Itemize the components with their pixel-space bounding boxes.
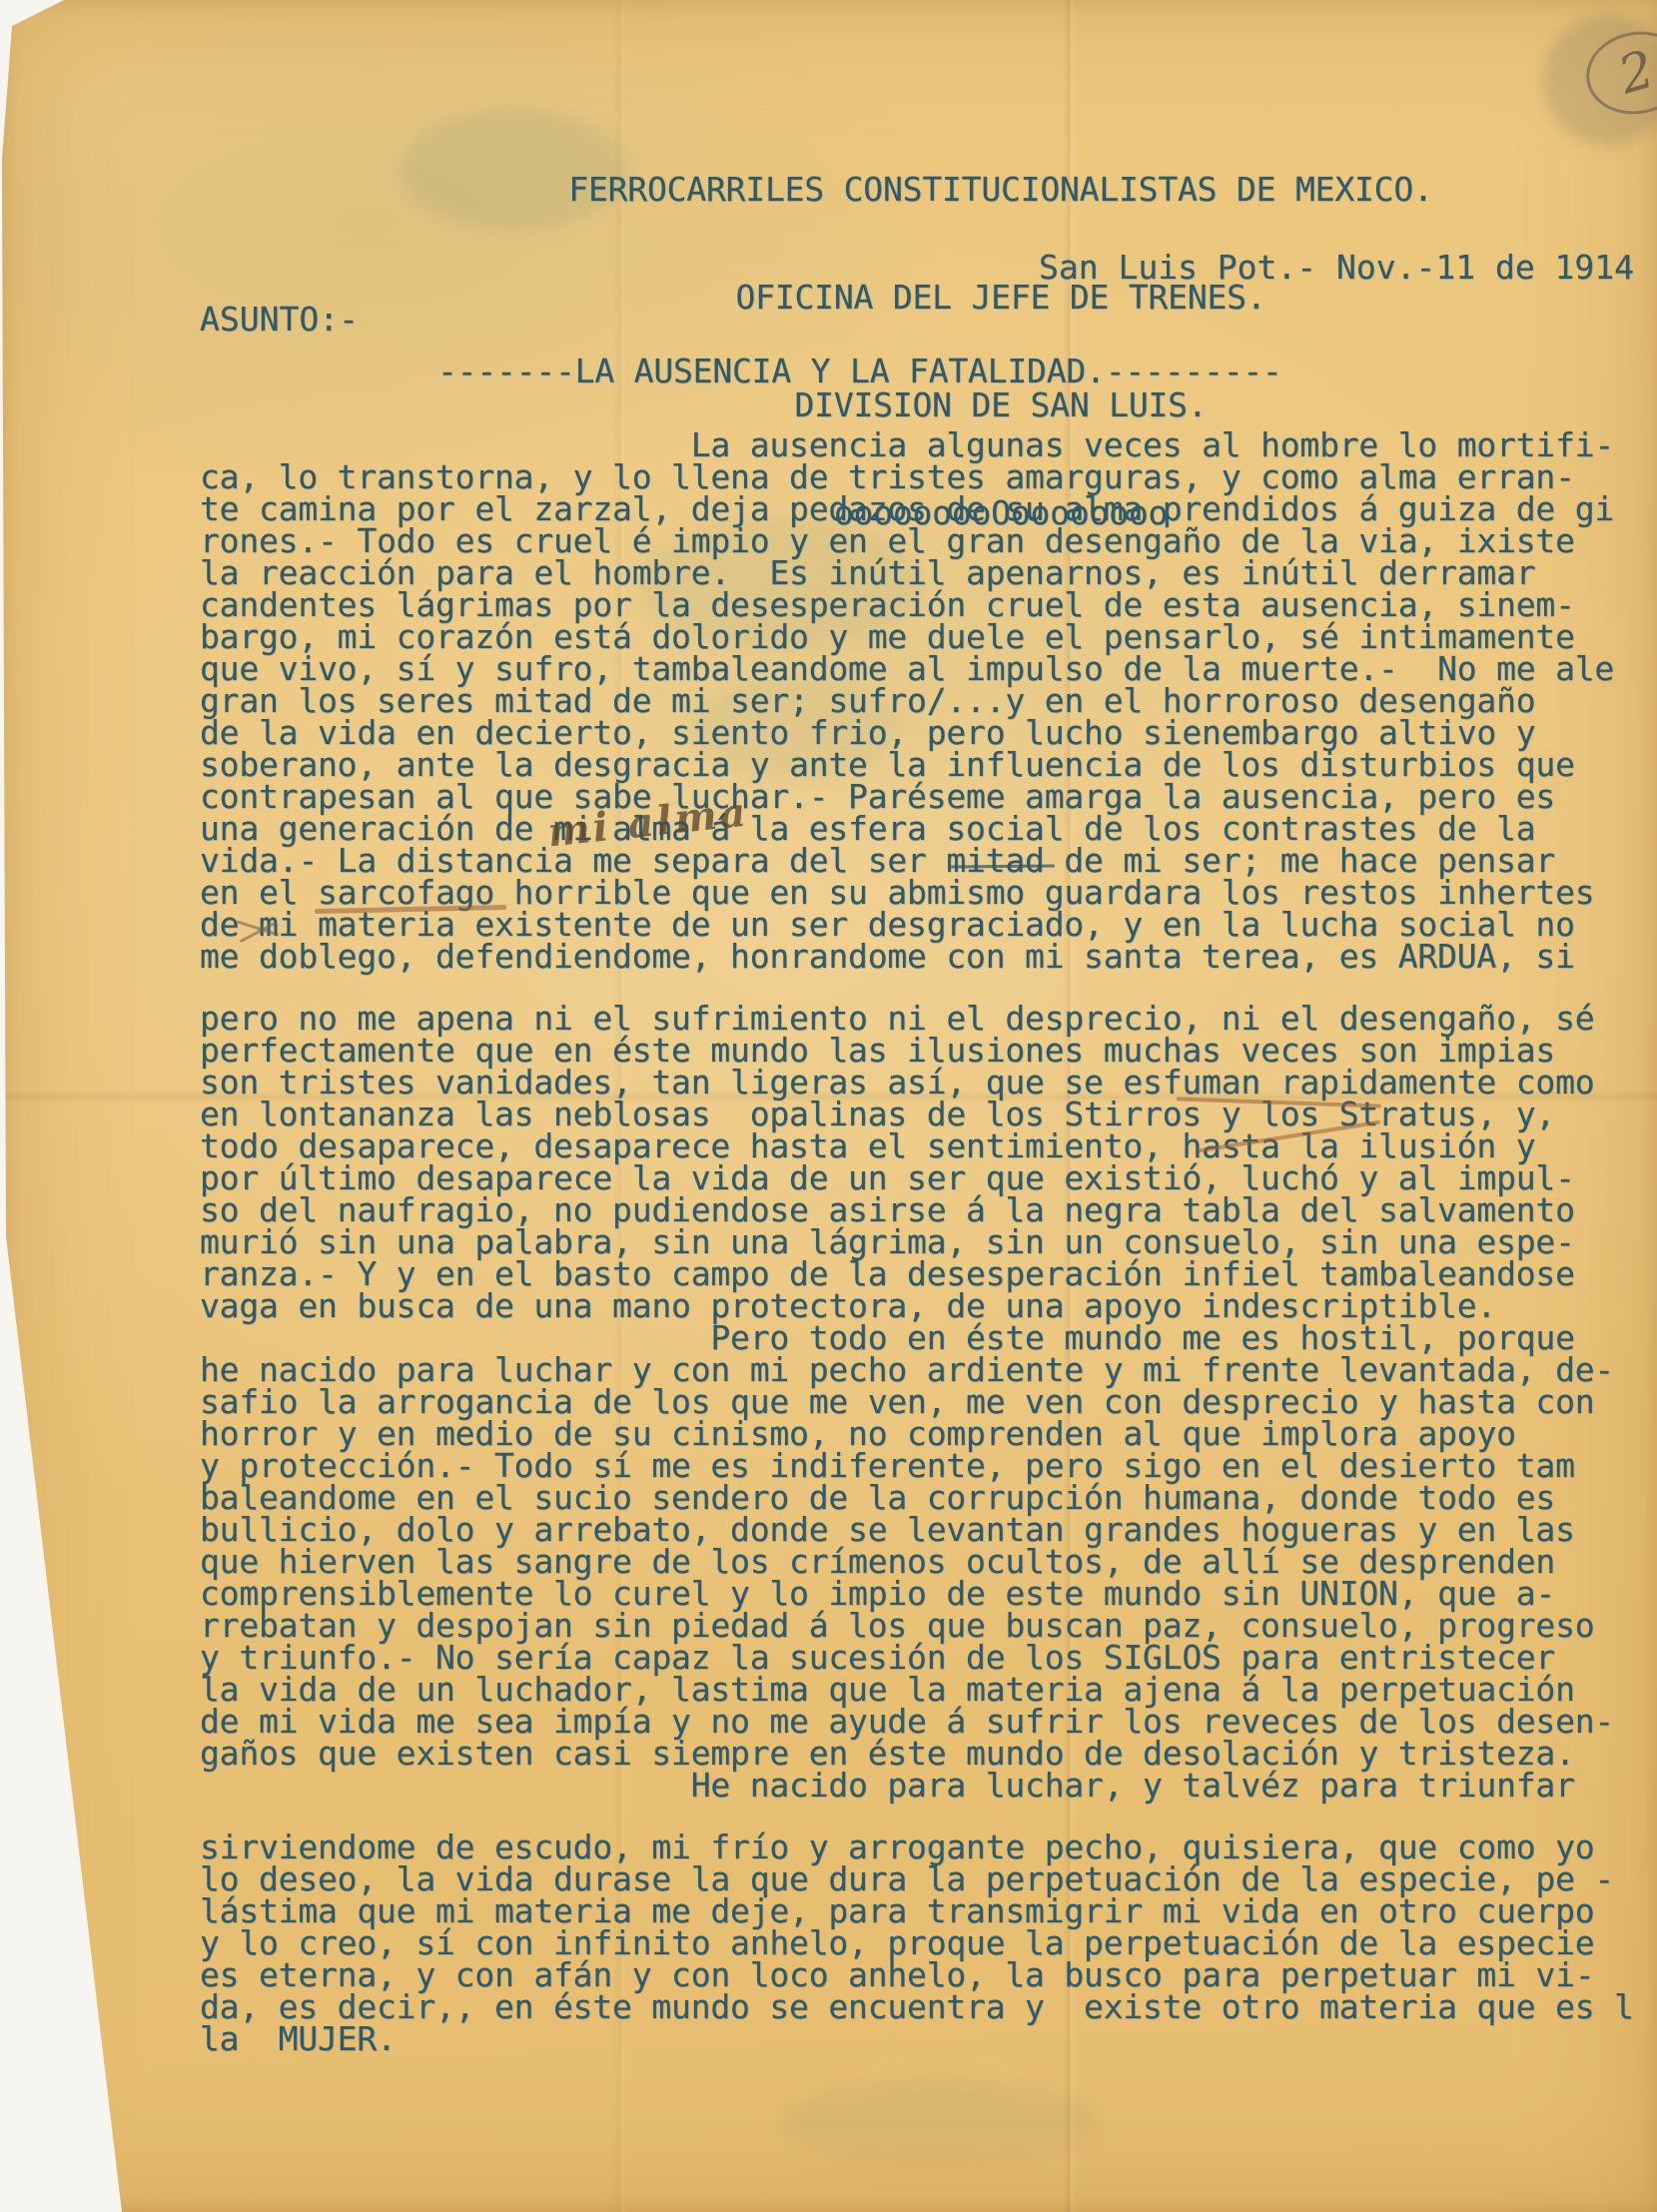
letterhead-division: DIVISION DE SAN LUIS. — [561, 387, 1440, 423]
ink-smudge — [779, 2077, 1099, 2167]
letter-page: FERROCARRILES CONSTITUCIONALISTAS DE MEX… — [0, 0, 1657, 2212]
page-number: 2 — [1613, 40, 1657, 107]
document-scan: FERROCARRILES CONSTITUCIONALISTAS DE MEX… — [0, 0, 1657, 2212]
body-paragraph-1: La ausencia algunas veces al hombre lo m… — [200, 429, 1648, 973]
letter-body: La ausencia algunas veces al hombre lo m… — [200, 429, 1648, 2085]
body-paragraph-3: sirviendome de escudo, mi frío y arrogan… — [200, 1832, 1648, 2055]
letterhead-company: FERROCARRILES CONSTITUCIONALISTAS DE MEX… — [561, 172, 1440, 208]
date-line: San Luis Pot.- Nov.-11 de 1914 — [1039, 248, 1634, 287]
subject-label: ASUNTO:- — [200, 300, 359, 339]
body-paragraph-2: pero no me apena ni el sufrimiento ni el… — [200, 1003, 1648, 1802]
document-title: -------LA AUSENCIA Y LA FATALIDAD.------… — [437, 352, 1282, 390]
